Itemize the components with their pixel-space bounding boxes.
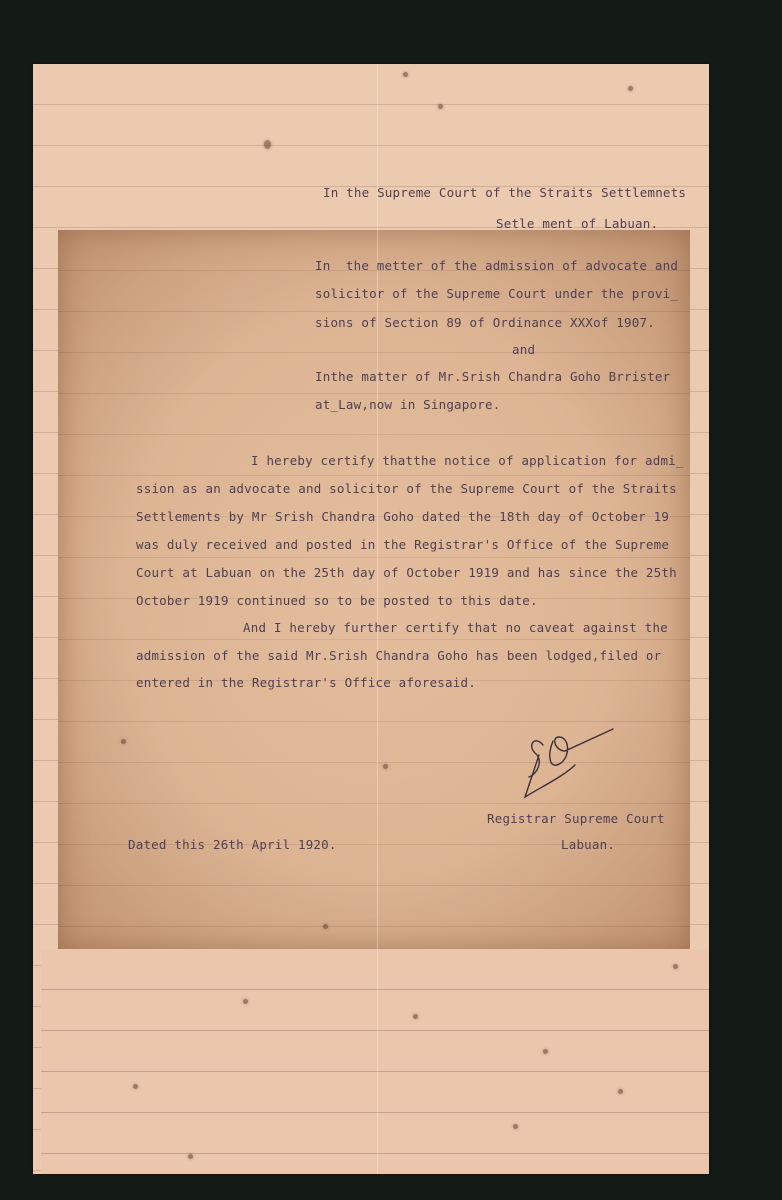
matter-line-2: solicitor of the Supreme Court under the… — [315, 287, 678, 301]
court-heading: In the Supreme Court of the Straits Sett… — [323, 186, 686, 200]
foxing-spot — [121, 739, 126, 744]
foxing-spot — [133, 1084, 138, 1089]
signatory-location: Labuan. — [561, 838, 615, 852]
settlement-heading: Setle ment of Labuan. — [496, 217, 658, 231]
foxing-spot — [513, 1124, 518, 1129]
foxing-spot — [413, 1014, 418, 1019]
lower-ruled-section — [41, 949, 709, 1174]
matter-line-1: In the metter of the admission of advoca… — [315, 259, 678, 273]
date-line: Dated this 26th April 1920. — [128, 838, 337, 852]
handwritten-signature — [505, 715, 625, 805]
foxing-spot — [628, 86, 633, 91]
foxing-spot — [543, 1049, 548, 1054]
foxing-spot — [438, 104, 443, 109]
caveat-line: And I hereby further certify that no cav… — [243, 621, 668, 635]
caveat-line: entered in the Registrar's Office afores… — [136, 676, 476, 690]
certificate-line: ssion as an advocate and solicitor of th… — [136, 482, 677, 496]
certificate-line: Settlements by Mr Srish Chandra Goho dat… — [136, 510, 669, 524]
certificate-line: Court at Labuan on the 25th day of Octob… — [136, 566, 677, 580]
foxing-spot — [383, 764, 388, 769]
fold-crease — [377, 64, 378, 1174]
matter-conjunction: and — [512, 343, 535, 357]
foxing-spot — [264, 140, 271, 149]
certificate-line: I hereby certify thatthe notice of appli… — [251, 454, 684, 468]
matter-line-3: sions of Section 89 of Ordinance XXXof 1… — [315, 316, 655, 330]
certificate-line: was duly received and posted in the Regi… — [136, 538, 669, 552]
certificate-line: October 1919 continued so to be posted t… — [136, 594, 538, 608]
matter-line-4: Inthe matter of Mr.Srish Chandra Goho Br… — [315, 370, 670, 384]
signatory-title: Registrar Supreme Court — [487, 812, 665, 826]
foxing-spot — [323, 924, 328, 929]
foxing-spot — [618, 1089, 623, 1094]
foxing-spot — [403, 72, 408, 77]
foxing-spot — [243, 999, 248, 1004]
matter-line-5: at_Law,now in Singapore. — [315, 398, 500, 412]
foxing-spot — [673, 964, 678, 969]
caveat-line: admission of the said Mr.Srish Chandra G… — [136, 649, 661, 663]
foxing-spot — [188, 1154, 193, 1159]
